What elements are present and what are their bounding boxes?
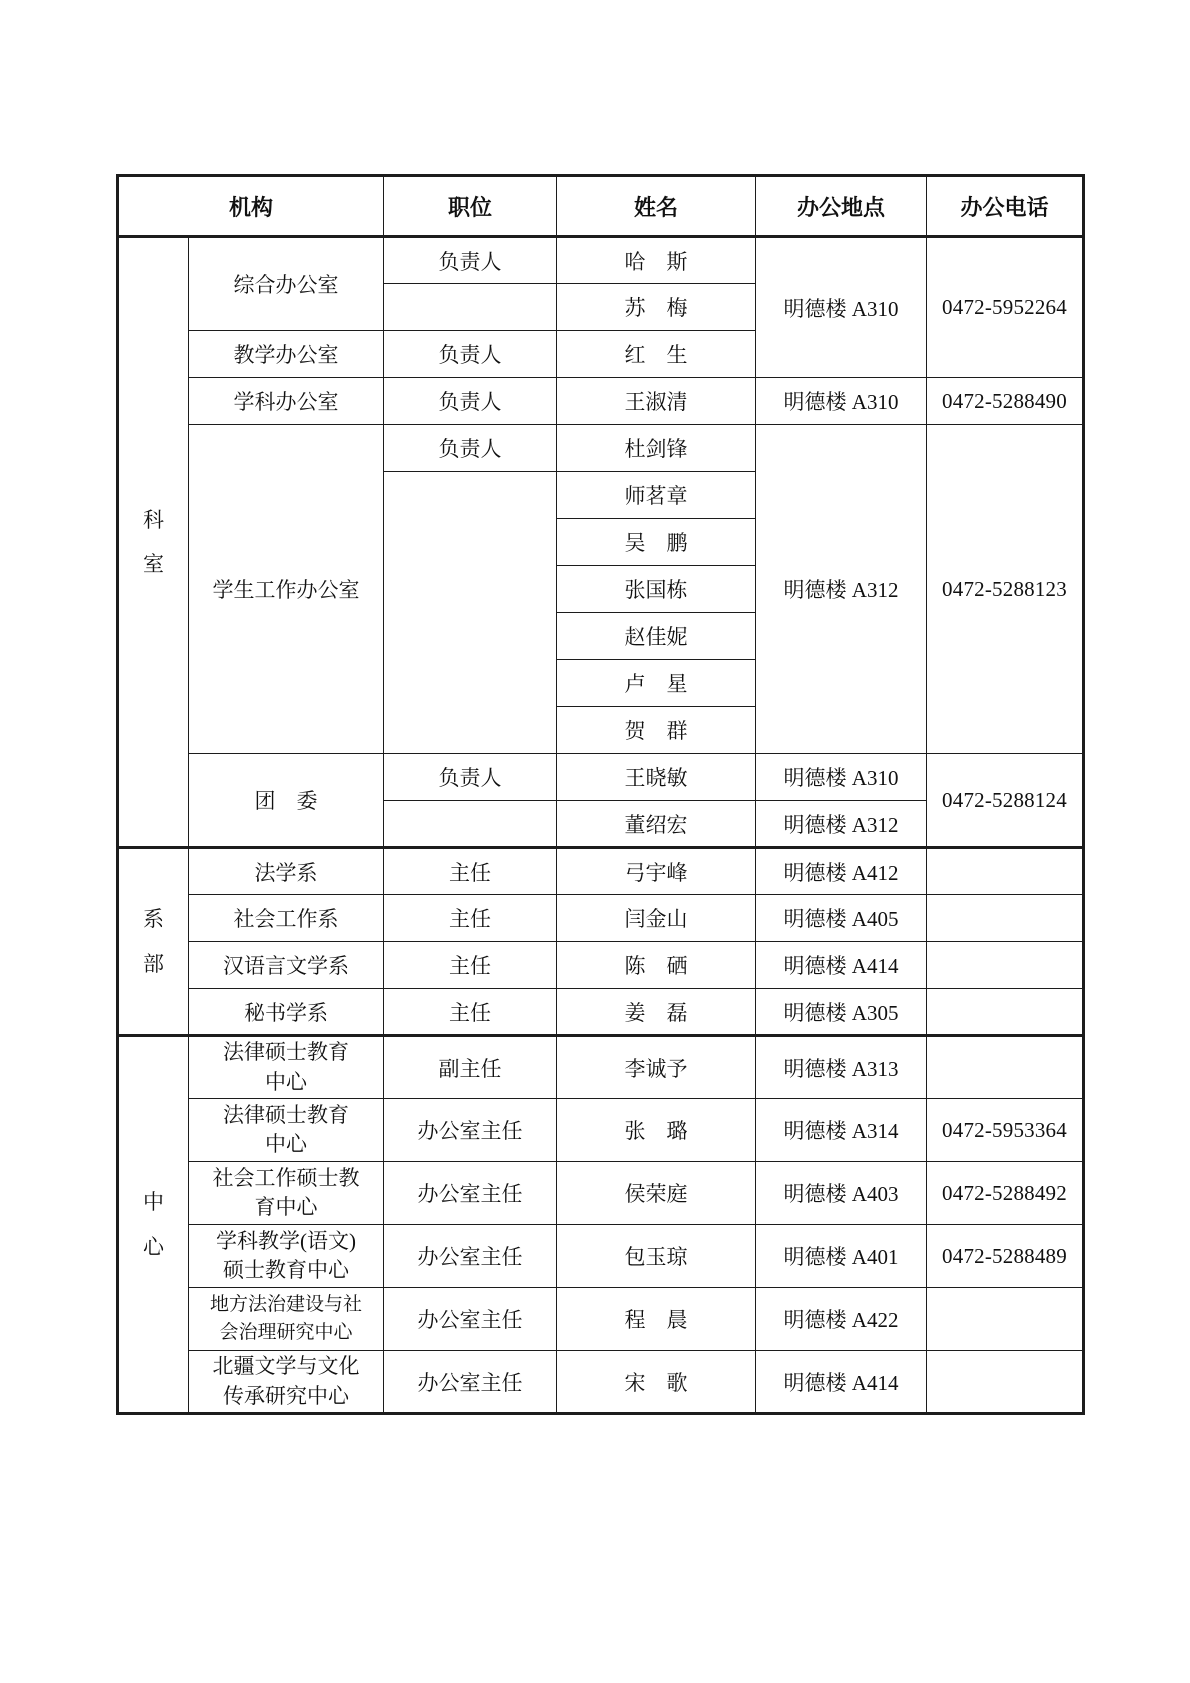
cell-location: 明德楼 A412 (756, 848, 927, 895)
cell-phone (927, 989, 1084, 1036)
cell-name: 张 璐 (557, 1099, 756, 1162)
group-cell-zhongxin: 中心 (118, 1036, 189, 1414)
cell-name: 闫金山 (557, 895, 756, 942)
table-row: 地方法治建设与社 会治理研究中心 办公室主任 程 晨 明德楼 A422 (118, 1288, 1084, 1351)
cell-name: 李诚予 (557, 1036, 756, 1099)
cell-org: 综合办公室 (189, 237, 384, 331)
cell-position: 副主任 (384, 1036, 557, 1099)
cell-name: 师茗章 (557, 472, 756, 519)
group-cell-keshi: 科室 (118, 237, 189, 848)
group-label: 科室 (142, 498, 165, 586)
cell-phone (927, 848, 1084, 895)
cell-location: 明德楼 A414 (756, 942, 927, 989)
table-row: 学科教学(语文) 硕士教育中心 办公室主任 包玉琼 明德楼 A401 0472-… (118, 1225, 1084, 1288)
cell-phone (927, 1036, 1084, 1099)
cell-location: 明德楼 A310 (756, 237, 927, 378)
table-row: 法律硕士教育 中心 办公室主任 张 璐 明德楼 A314 0472-595336… (118, 1099, 1084, 1162)
cell-phone: 0472-5288492 (927, 1162, 1084, 1225)
cell-name: 红 生 (557, 331, 756, 378)
cell-name: 张国栋 (557, 566, 756, 613)
cell-name: 王淑清 (557, 378, 756, 425)
cell-location: 明德楼 A312 (756, 425, 927, 754)
cell-phone (927, 1351, 1084, 1414)
cell-location: 明德楼 A405 (756, 895, 927, 942)
cell-org: 汉语言文学系 (189, 942, 384, 989)
cell-org: 北疆文学与文化 传承研究中心 (189, 1351, 384, 1414)
cell-name: 董绍宏 (557, 801, 756, 848)
group-label: 系部 (142, 897, 165, 985)
cell-phone (927, 942, 1084, 989)
cell-org: 学科办公室 (189, 378, 384, 425)
header-name: 姓名 (557, 176, 756, 237)
header-org: 机构 (118, 176, 384, 237)
table-row: 学科办公室 负责人 王淑清 明德楼 A310 0472-5288490 (118, 378, 1084, 425)
cell-location: 明德楼 A414 (756, 1351, 927, 1414)
cell-name: 苏 梅 (557, 284, 756, 331)
cell-phone: 0472-5288123 (927, 425, 1084, 754)
cell-name: 王晓敏 (557, 754, 756, 801)
cell-position: 负责人 (384, 378, 557, 425)
table-row: 社会工作硕士教 育中心 办公室主任 侯荣庭 明德楼 A403 0472-5288… (118, 1162, 1084, 1225)
cell-position (384, 284, 557, 331)
cell-org: 秘书学系 (189, 989, 384, 1036)
cell-position (384, 472, 557, 754)
table-row: 北疆文学与文化 传承研究中心 办公室主任 宋 歌 明德楼 A414 (118, 1351, 1084, 1414)
cell-name: 弓宇峰 (557, 848, 756, 895)
cell-org: 社会工作系 (189, 895, 384, 942)
cell-position: 负责人 (384, 754, 557, 801)
cell-position: 办公室主任 (384, 1351, 557, 1414)
cell-name: 陈 硒 (557, 942, 756, 989)
cell-location: 明德楼 A310 (756, 378, 927, 425)
cell-phone: 0472-5288124 (927, 754, 1084, 848)
cell-location: 明德楼 A422 (756, 1288, 927, 1351)
header-row: 机构 职位 姓名 办公地点 办公电话 (118, 176, 1084, 237)
cell-org: 法学系 (189, 848, 384, 895)
cell-location: 明德楼 A312 (756, 801, 927, 848)
cell-phone: 0472-5953364 (927, 1099, 1084, 1162)
cell-org: 法律硕士教育 中心 (189, 1036, 384, 1099)
cell-position: 办公室主任 (384, 1288, 557, 1351)
cell-location: 明德楼 A305 (756, 989, 927, 1036)
cell-name: 程 晨 (557, 1288, 756, 1351)
cell-name: 哈 斯 (557, 237, 756, 284)
cell-org: 团 委 (189, 754, 384, 848)
table-row: 学生工作办公室 负责人 杜剑锋 明德楼 A312 0472-5288123 (118, 425, 1084, 472)
cell-name: 杜剑锋 (557, 425, 756, 472)
cell-phone: 0472-5952264 (927, 237, 1084, 378)
cell-name: 贺 群 (557, 707, 756, 754)
cell-name: 侯荣庭 (557, 1162, 756, 1225)
cell-name: 吴 鹏 (557, 519, 756, 566)
cell-position: 主任 (384, 848, 557, 895)
table-row: 中心 法律硕士教育 中心 副主任 李诚予 明德楼 A313 (118, 1036, 1084, 1099)
cell-location: 明德楼 A313 (756, 1036, 927, 1099)
table-row: 团 委 负责人 王晓敏 明德楼 A310 0472-5288124 (118, 754, 1084, 801)
org-contact-table: 机构 职位 姓名 办公地点 办公电话 科室 综合办公室 负责人 哈 斯 明德楼 … (116, 174, 1085, 1415)
cell-location: 明德楼 A403 (756, 1162, 927, 1225)
cell-org: 学科教学(语文) 硕士教育中心 (189, 1225, 384, 1288)
cell-position: 主任 (384, 989, 557, 1036)
cell-position: 负责人 (384, 331, 557, 378)
page: 机构 职位 姓名 办公地点 办公电话 科室 综合办公室 负责人 哈 斯 明德楼 … (0, 0, 1190, 1683)
cell-phone: 0472-5288489 (927, 1225, 1084, 1288)
table-row: 秘书学系 主任 姜 磊 明德楼 A305 (118, 989, 1084, 1036)
header-phone: 办公电话 (927, 176, 1084, 237)
cell-name: 宋 歌 (557, 1351, 756, 1414)
cell-position: 办公室主任 (384, 1162, 557, 1225)
cell-phone: 0472-5288490 (927, 378, 1084, 425)
group-label: 中心 (142, 1180, 165, 1268)
cell-position: 负责人 (384, 425, 557, 472)
header-position: 职位 (384, 176, 557, 237)
cell-position: 负责人 (384, 237, 557, 284)
cell-name: 姜 磊 (557, 989, 756, 1036)
cell-name: 赵佳妮 (557, 613, 756, 660)
header-location: 办公地点 (756, 176, 927, 237)
cell-org: 地方法治建设与社 会治理研究中心 (189, 1288, 384, 1351)
cell-location: 明德楼 A401 (756, 1225, 927, 1288)
cell-name: 包玉琼 (557, 1225, 756, 1288)
cell-position: 办公室主任 (384, 1225, 557, 1288)
table-row: 汉语言文学系 主任 陈 硒 明德楼 A414 (118, 942, 1084, 989)
cell-org: 法律硕士教育 中心 (189, 1099, 384, 1162)
table-row: 系部 法学系 主任 弓宇峰 明德楼 A412 (118, 848, 1084, 895)
cell-org: 教学办公室 (189, 331, 384, 378)
cell-name: 卢 星 (557, 660, 756, 707)
cell-position: 办公室主任 (384, 1099, 557, 1162)
cell-location: 明德楼 A310 (756, 754, 927, 801)
cell-location: 明德楼 A314 (756, 1099, 927, 1162)
cell-position: 主任 (384, 942, 557, 989)
cell-phone (927, 1288, 1084, 1351)
table-row: 社会工作系 主任 闫金山 明德楼 A405 (118, 895, 1084, 942)
table-row: 科室 综合办公室 负责人 哈 斯 明德楼 A310 0472-5952264 (118, 237, 1084, 284)
cell-org: 学生工作办公室 (189, 425, 384, 754)
group-cell-xibu: 系部 (118, 848, 189, 1036)
cell-org: 社会工作硕士教 育中心 (189, 1162, 384, 1225)
cell-position (384, 801, 557, 848)
cell-phone (927, 895, 1084, 942)
cell-position: 主任 (384, 895, 557, 942)
